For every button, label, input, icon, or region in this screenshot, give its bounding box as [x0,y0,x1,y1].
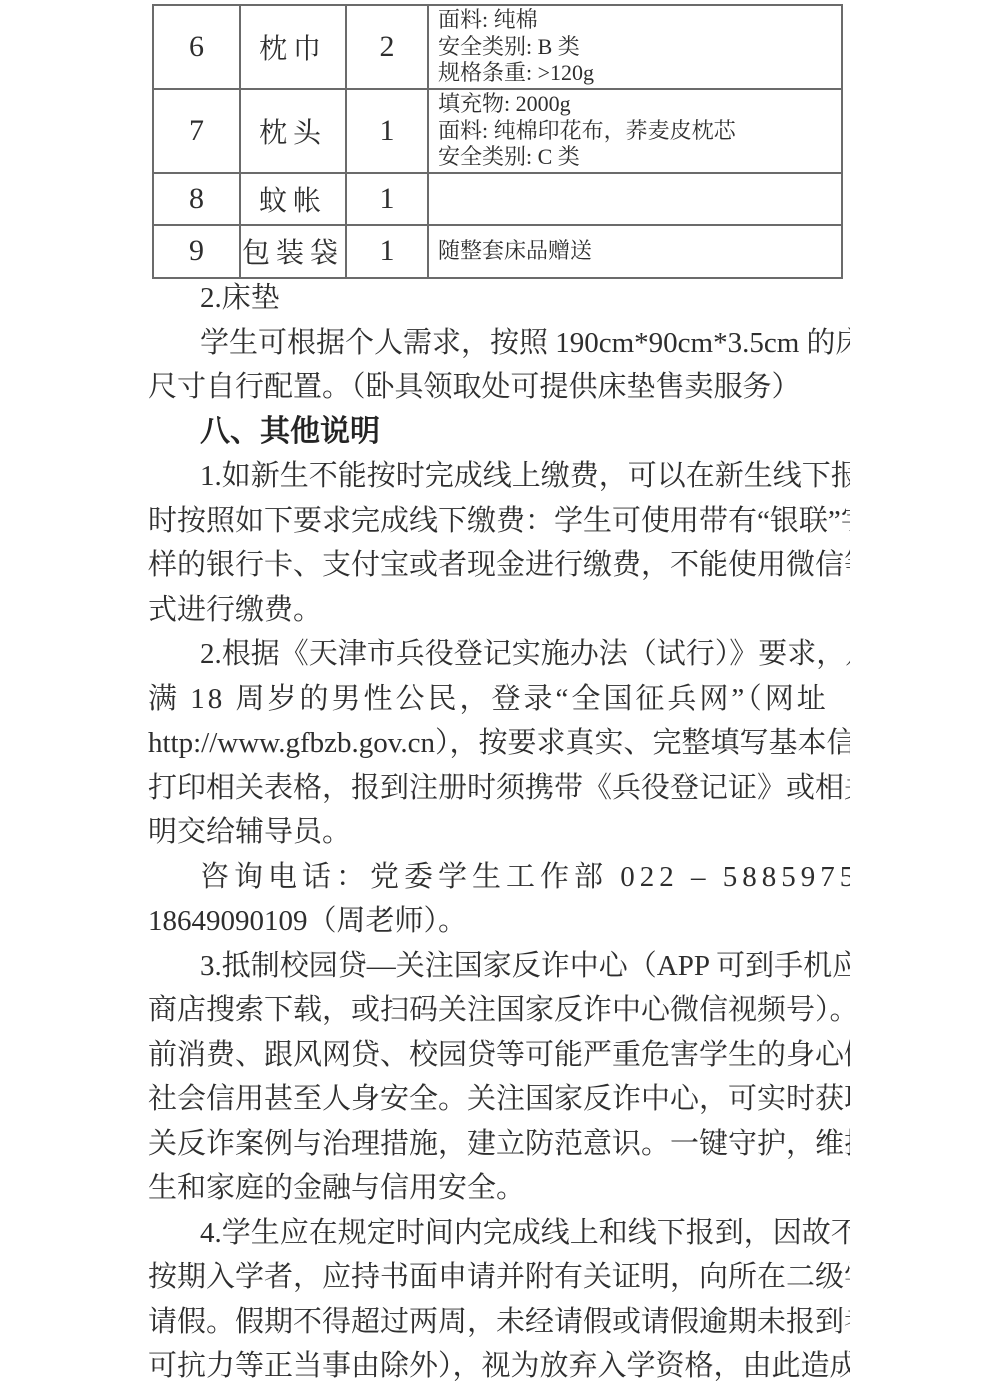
cell-quantity: 2 [346,5,428,89]
cell-quantity: 1 [346,173,428,225]
cell-index: 7 [153,89,240,173]
text-line: 式进行缴费。 [148,588,850,633]
desc-line: 面料: 纯棉 [438,7,837,34]
text-line: 时按照如下要求完成线下缴费：学生可使用带有“银联”字 [148,499,850,544]
desc-line: 面料: 纯棉印花布，荞麦皮枕芯 [438,118,837,145]
text-line: 打印相关表格，报到注册时须携带《兵役登记证》或相关证 [148,766,850,811]
text-line: 样的银行卡、支付宝或者现金进行缴费，不能使用微信等方 [148,543,850,588]
cell-item-name: 枕头 [240,89,346,173]
desc-line: 填充物: 2000g [438,91,837,118]
text-line: 4.学生应在规定时间内完成线上和线下报到，因故不能 [148,1211,850,1256]
cell-item-name: 包装袋 [240,225,346,278]
text-line: 学生可根据个人需求，按照 190cm*90cm*3.5cm 的床垫 [148,321,850,366]
cell-description: 随整套床品赠送 [428,225,842,278]
cell-description [428,173,842,225]
spec-table: 6 枕巾 2 面料: 纯棉 安全类别: B 类 规格条重: >120g 7 枕头… [152,4,843,279]
text-line: 可抗力等正当事由除外），视为放弃入学资格，由此造成的 [148,1344,850,1382]
desc-line: 随整套床品赠送 [438,238,837,265]
desc-line: 安全类别: C 类 [438,144,837,171]
desc-line: 规格条重: >120g [438,60,837,87]
text-line: 商店搜索下载，或扫码关注国家反诈中心微信视频号）。超 [148,988,850,1033]
table-row: 9 包装袋 1 随整套床品赠送 [153,225,842,278]
section-heading-other-notes: 八、其他说明 [148,410,850,455]
document-page: 6 枕巾 2 面料: 纯棉 安全类别: B 类 规格条重: >120g 7 枕头… [0,0,1000,1382]
table-row: 6 枕巾 2 面料: 纯棉 安全类别: B 类 规格条重: >120g [153,5,842,89]
cell-index: 6 [153,5,240,89]
consult-phone-line-2: 18649090109（周老师）。 [148,899,850,944]
cell-index: 9 [153,225,240,278]
cell-quantity: 1 [346,89,428,173]
body-text: 2.床垫 学生可根据个人需求，按照 190cm*90cm*3.5cm 的床垫 尺… [148,276,850,1382]
desc-line: 安全类别: B 类 [438,34,837,61]
cell-description: 面料: 纯棉 安全类别: B 类 规格条重: >120g [428,5,842,89]
cell-index: 8 [153,173,240,225]
text-line: 明交给辅导员。 [148,810,850,855]
cell-description: 填充物: 2000g 面料: 纯棉印花布，荞麦皮枕芯 安全类别: C 类 [428,89,842,173]
text-line: 1.如新生不能按时完成线上缴费，可以在新生线下报到 [148,454,850,499]
cell-quantity: 1 [346,225,428,278]
text-line: 3.抵制校园贷—关注国家反诈中心（APP 可到手机应用 [148,944,850,989]
consult-phone-line: 咨询电话：党委学生工作部 022 – 58859757， [148,855,850,900]
text-line: 满 18 周岁的男性公民，登录“全国征兵网”（网址 [148,677,850,722]
text-line: 2.根据《天津市兵役登记实施办法（试行）》要求，凡年 [148,632,850,677]
cell-item-name: 枕巾 [240,5,346,89]
text-line-url: http://www.gfbzb.gov.cn），按要求真实、完整填写基本信息， [148,721,850,766]
text-line: 社会信用甚至人身安全。关注国家反诈中心，可实时获取相 [148,1077,850,1122]
text-line: 生和家庭的金融与信用安全。 [148,1166,850,1211]
table-row: 7 枕头 1 填充物: 2000g 面料: 纯棉印花布，荞麦皮枕芯 安全类别: … [153,89,842,173]
cell-item-name: 蚊帐 [240,173,346,225]
text-line: 前消费、跟风网贷、校园贷等可能严重危害学生的身心健康、 [148,1033,850,1078]
subsection-title-mattress: 2.床垫 [148,276,850,321]
table-row: 8 蚊帐 1 [153,173,842,225]
text-line: 关反诈案例与治理措施，建立防范意识。一键守护，维护学 [148,1122,850,1167]
text-line: 按期入学者，应持书面申请并附有关证明，向所在二级学院 [148,1255,850,1300]
text-line: 尺寸自行配置。（卧具领取处可提供床垫售卖服务） [148,365,850,410]
text-line: 请假。假期不得超过两周，未经请假或请假逾期未报到者（不 [148,1300,850,1345]
